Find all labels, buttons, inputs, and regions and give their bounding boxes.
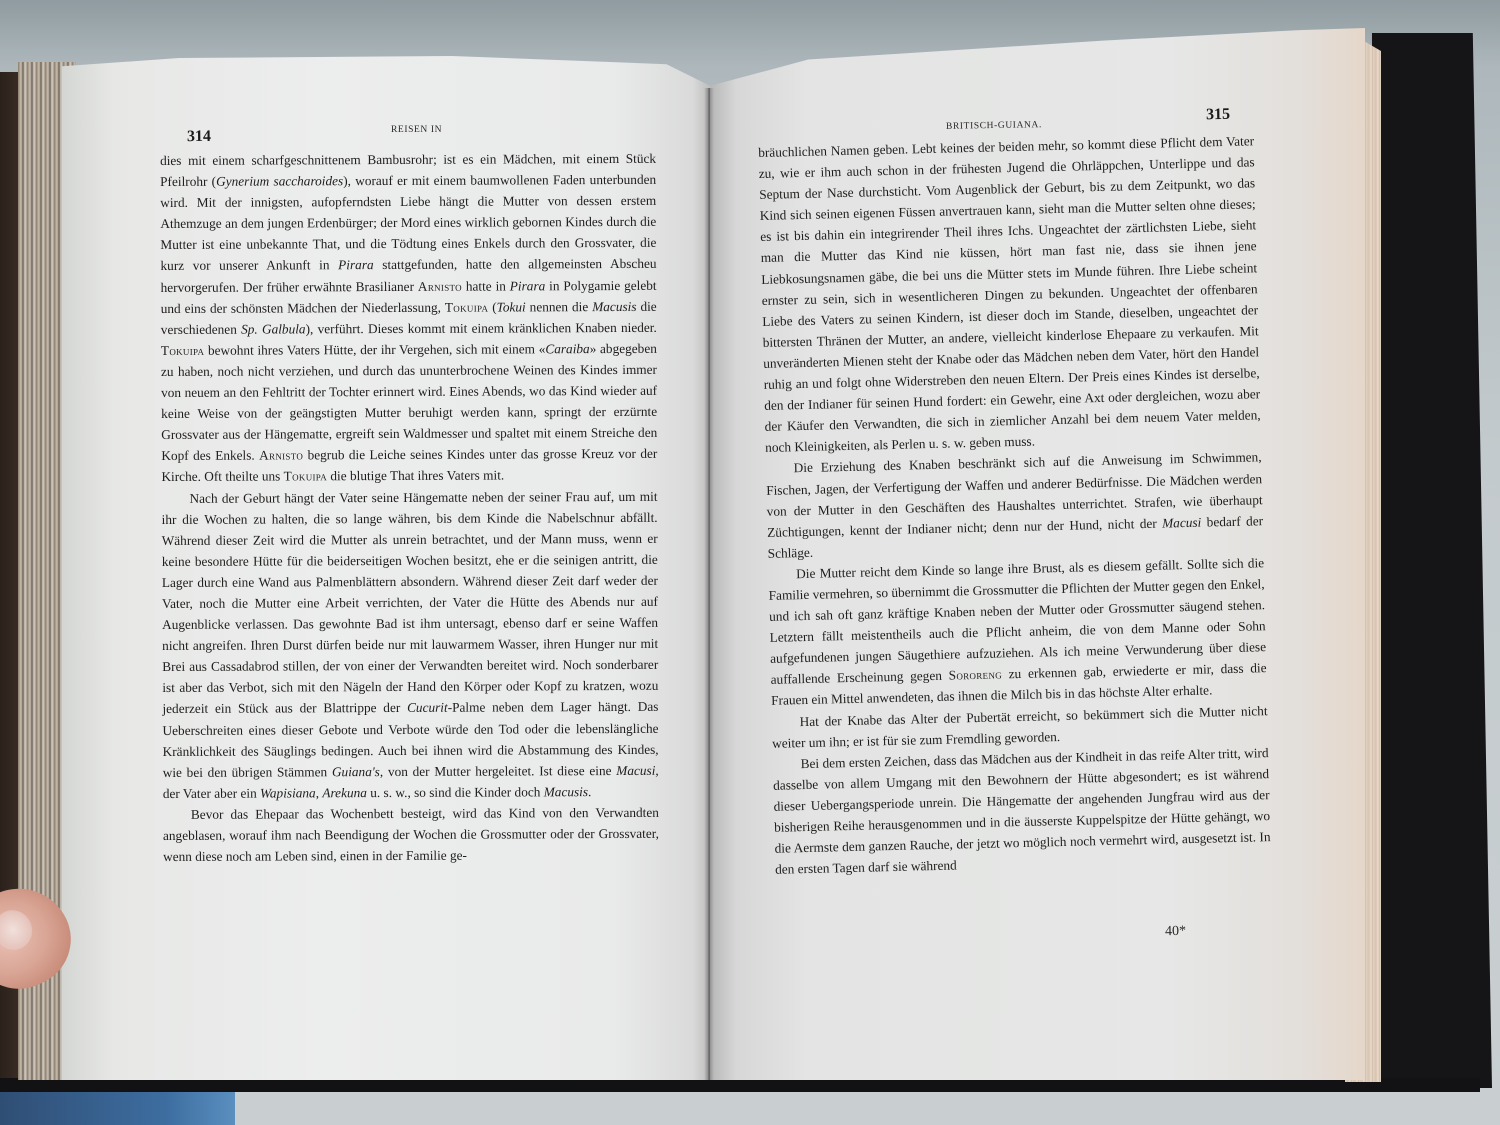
italic-term: Sp. Galbula <box>241 321 306 336</box>
italic-term: Pirara <box>338 258 374 273</box>
text-run: ( <box>488 299 496 314</box>
italic-term: Cucurit <box>407 700 448 715</box>
text-run: die blutige That ihres Vaters mit. <box>327 468 504 484</box>
text-run: bewohnt ihres Vaters Hütte, der ihr Verg… <box>204 341 545 357</box>
book-cover-bottom <box>0 1078 1480 1092</box>
paragraph: Nach der Geburt hängt der Vater seine Hä… <box>161 485 658 804</box>
paragraph: bräuchlichen Namen geben. Lebt keines de… <box>758 130 1261 458</box>
italic-term: Gynerium saccharoides <box>216 173 343 189</box>
paragraph: Die Erziehung des Knaben beschränkt sich… <box>765 447 1263 564</box>
italic-term: Macusis <box>544 784 588 799</box>
text-run: , von der Mutter hergeleitet. Ist diese … <box>380 763 616 779</box>
italic-term: Macusi <box>616 763 655 778</box>
text-run: Bei dem ersten Zeichen, dass das Mädchen… <box>773 745 1271 877</box>
right-running-head: BRITISCH-GUIANA. <box>946 120 1042 132</box>
person-name: Tokuipa <box>445 299 488 314</box>
italic-term: Arekuna <box>322 785 367 800</box>
italic-term: Macusi <box>1162 514 1201 530</box>
signature-mark: 40* <box>1165 924 1186 940</box>
blue-object <box>0 1090 235 1125</box>
paragraph: Die Mutter reicht dem Kinde so lange ihr… <box>768 552 1267 711</box>
person-name: Arnisto <box>259 448 303 463</box>
person-name: Tokuipa <box>161 343 204 358</box>
book-gutter <box>704 88 714 1080</box>
text-run: » abgegeben zu haben, noch nicht verzieh… <box>161 341 657 464</box>
text-run: hatte in <box>462 278 510 293</box>
right-page-body: bräuchlichen Namen geben. Lebt keines de… <box>758 130 1271 880</box>
text-run: u. s. w., so sind die Kinder doch <box>367 784 544 800</box>
italic-term: Pirara <box>510 278 546 293</box>
paragraph: dies mit einem scharfgeschnittenem Bambu… <box>160 148 657 488</box>
italic-term: Guiana's <box>332 764 380 779</box>
italic-term: Caraiba <box>545 341 589 356</box>
paragraph: Bei dem ersten Zeichen, dass das Mädchen… <box>772 742 1271 880</box>
book-cover-right <box>1372 33 1492 1088</box>
text-run: bräuchlichen Namen geben. Lebt keines de… <box>758 133 1261 455</box>
left-page-body: dies mit einem scharfgeschnittenem Bambu… <box>160 148 659 867</box>
italic-term: Wapisiana <box>260 785 316 800</box>
text-run: . <box>588 784 591 799</box>
text-run: ), verführt. Dieses kommt mit einem krän… <box>306 320 657 337</box>
person-name: Tokuipa <box>284 469 327 484</box>
italic-term: Tokui <box>497 299 526 314</box>
left-page-number: 314 <box>187 128 211 146</box>
person-name: Sororeng <box>948 667 1002 683</box>
person-name: Arnisto <box>418 278 462 293</box>
right-page-number: 315 <box>1206 106 1230 124</box>
text-run: Nach der Geburt hängt der Vater seine Hä… <box>162 488 659 716</box>
italic-term: Macusis <box>592 299 636 314</box>
paragraph: Bevor das Ehepaar das Wochenbett besteig… <box>163 802 659 867</box>
left-running-head: REISEN IN <box>391 125 442 135</box>
text-run: Bevor das Ehepaar das Wochenbett besteig… <box>163 805 659 864</box>
text-run: nennen die <box>526 299 593 314</box>
